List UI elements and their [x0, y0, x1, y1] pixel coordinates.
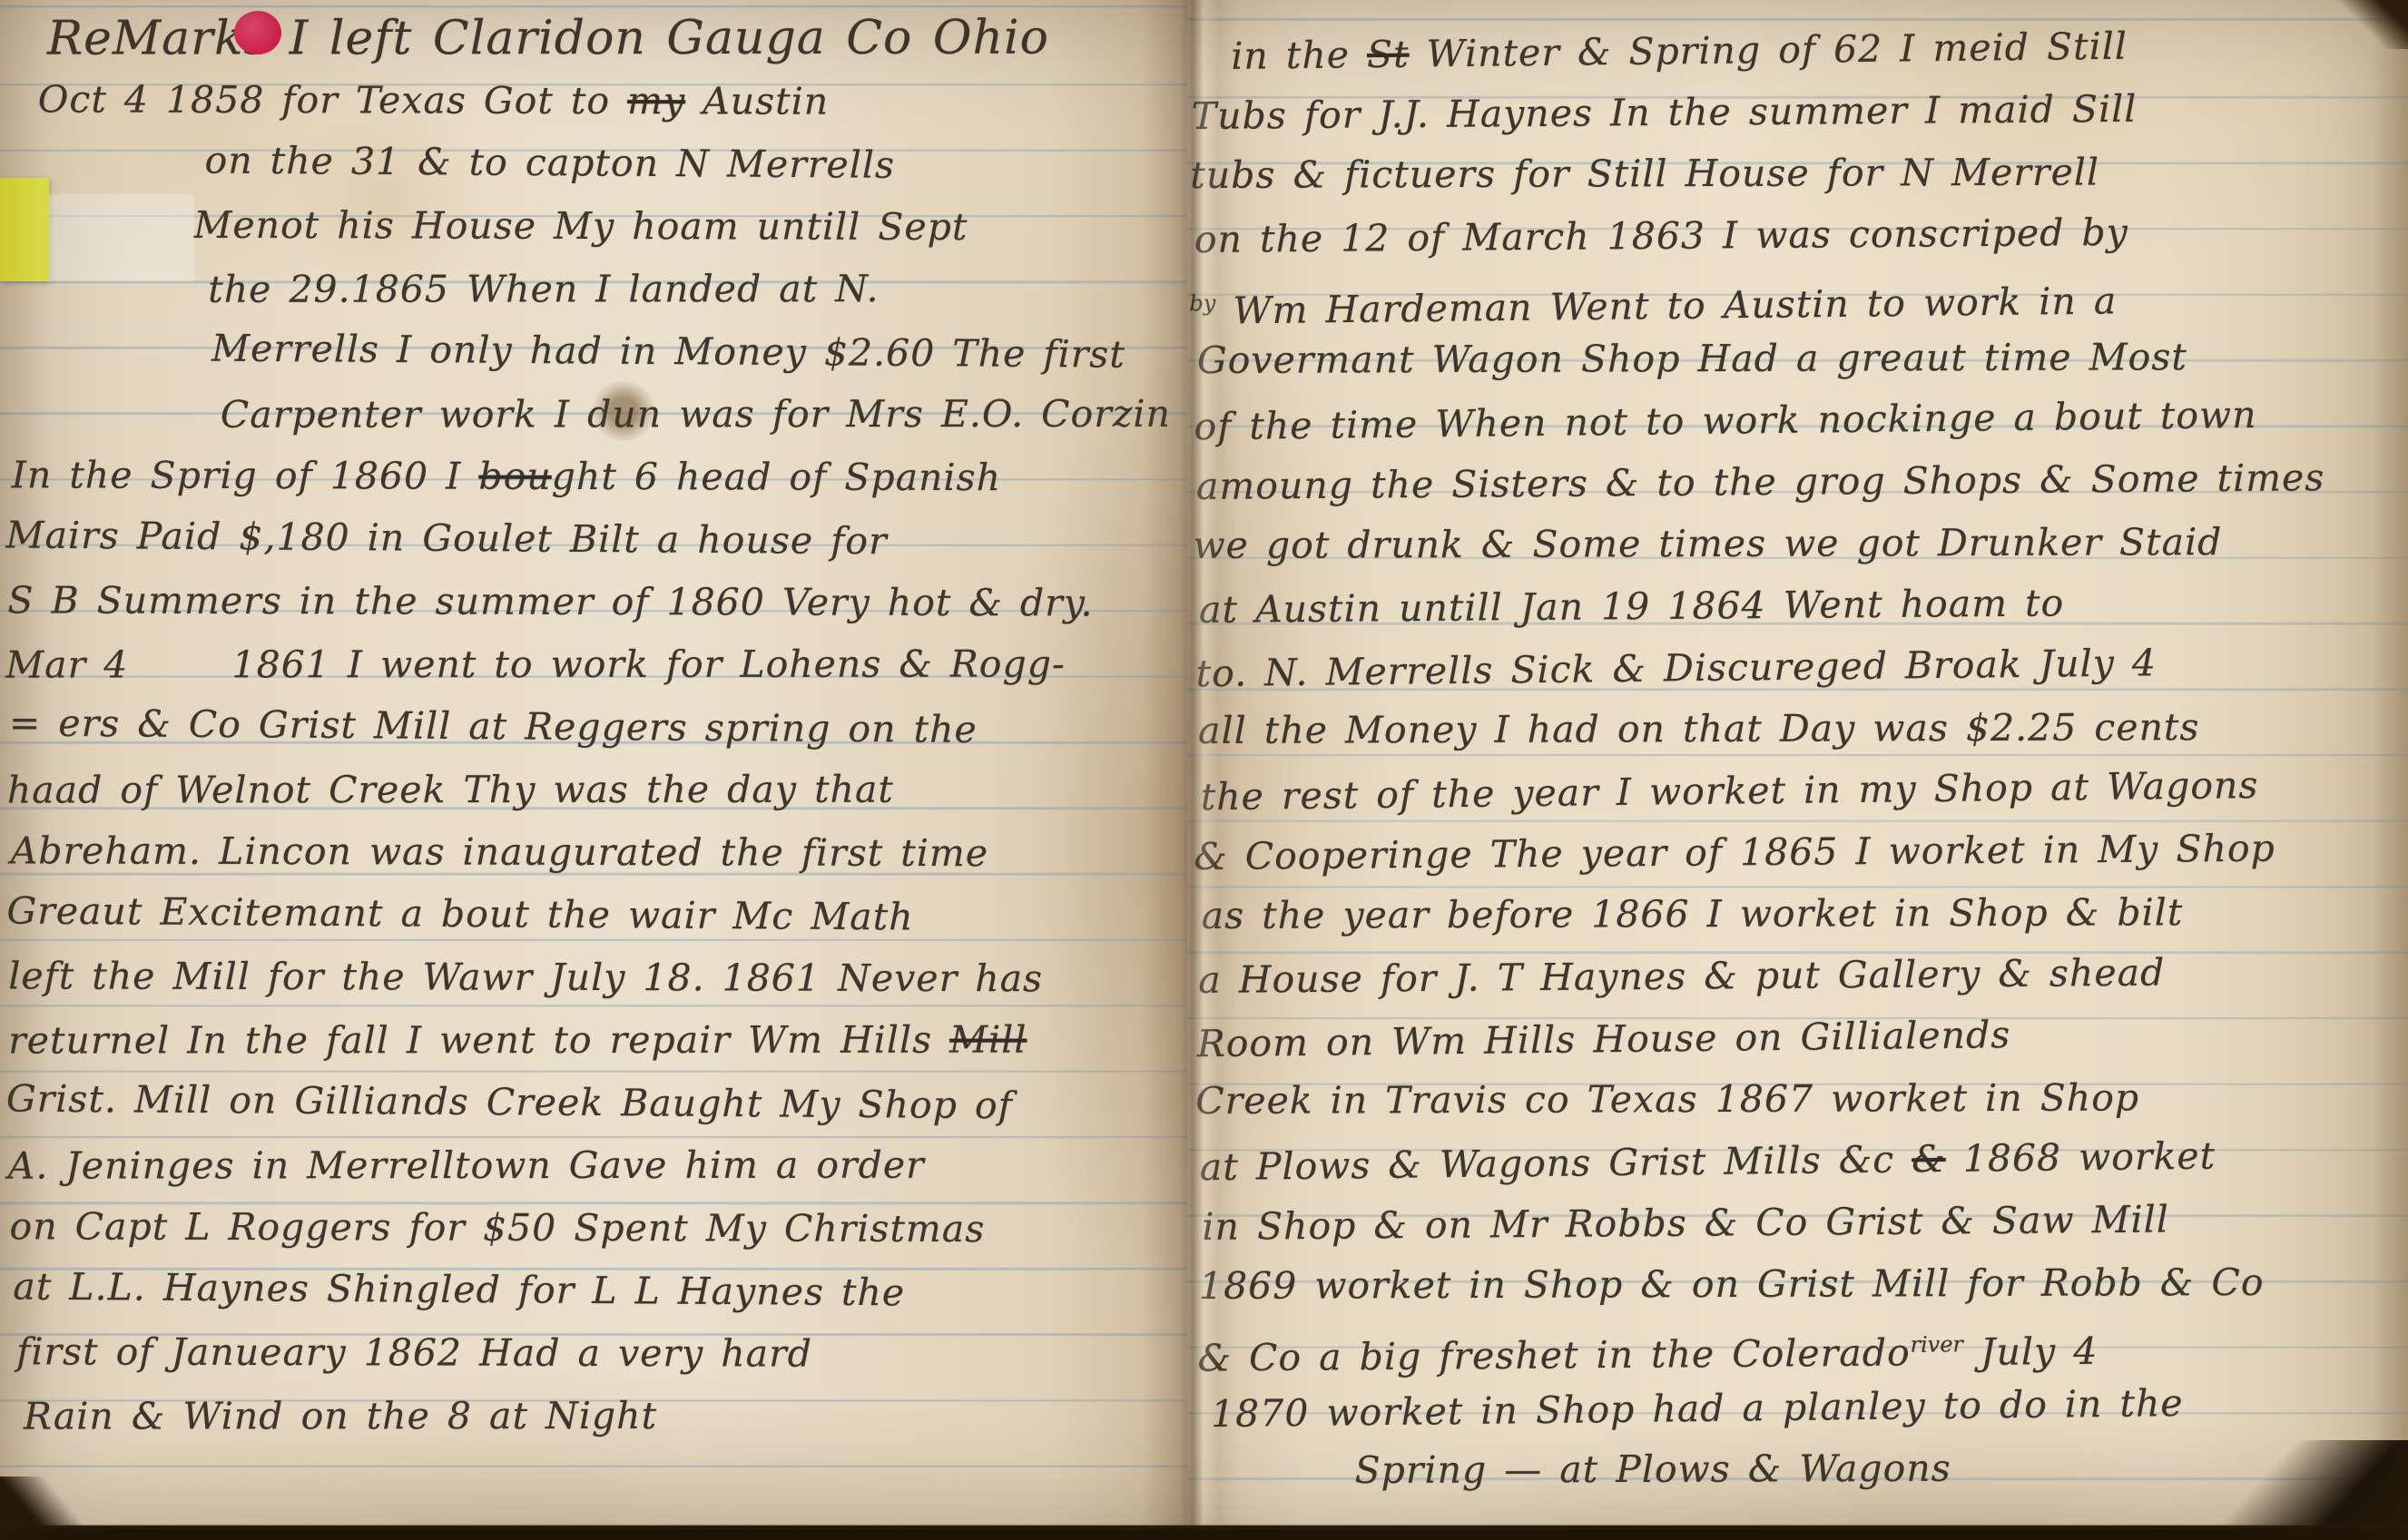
handwritten-line: S B Summers in the summer of 1860 Very h… — [7, 569, 1180, 634]
handwritten-line: in the St Winter & Spring of 62 I meid S… — [1231, 12, 2402, 87]
right-page: in the St Winter & Spring of 62 I meid S… — [1187, 0, 2408, 1525]
handwritten-line: & Co a big freshet in the Coleradoriver … — [1197, 1309, 2408, 1380]
handwritten-line: Rain & Wind on the 8 at Night — [24, 1384, 1178, 1447]
handwritten-line: Merrells I only had in Money $2.60 The f… — [211, 318, 1181, 387]
pale-patch — [49, 194, 194, 281]
handwritten-line: ReMarks I left Claridon Gauga Co Ohio — [47, 7, 1182, 71]
handwritten-line: at Plows & Wagons Grist Mills &c & 1868 … — [1200, 1123, 2408, 1198]
handwritten-line: the 29.1865 When I landed at N. — [208, 258, 1181, 321]
handwritten-line: Carpenter work I dun was for Mrs E.O. Co… — [221, 383, 1181, 446]
handwritten-line: returnel In the fall I went to repair Wm… — [8, 1008, 1179, 1072]
handwritten-line: Room on Wm Hills House on Gillialends — [1196, 999, 2408, 1074]
pink-dot-sticker — [234, 11, 281, 54]
handwritten-line: haad of Welnot Creek Thy was the day tha… — [7, 758, 1180, 821]
handwritten-line: all the Money I had on that Day was $2.2… — [1198, 695, 2406, 761]
handwritten-line: Oct 4 1858 for Texas Got to my Austin — [38, 68, 1182, 133]
handwritten-line: in Shop & on Mr Robbs & Co Grist & Saw M… — [1202, 1186, 2408, 1257]
handwritten-line: Mar 4 1861 I went to work for Lohens & R… — [5, 633, 1180, 696]
handwritten-line: by Wm Hardeman Went to Austin to work in… — [1189, 259, 2403, 334]
book-bottom-edge — [0, 1524, 2408, 1540]
handwritten-line: first of Janueary 1862 Had a very hard — [16, 1320, 1178, 1386]
handwritten-line: a House for J. T Haynes & put Gallery & … — [1198, 939, 2408, 1010]
handwritten-line: at L.L. Haynes Shingled for L L Haynes t… — [13, 1256, 1178, 1327]
handwritten-line: Greaut Excitemant a bout the wair Mc Mat… — [6, 880, 1179, 951]
handwritten-line: Abreham. Lincon was inaugurated the firs… — [11, 819, 1180, 885]
handwritten-line: to. N. Merrells Sick & Discureged Broak … — [1195, 629, 2406, 704]
handwritten-line: 1870 worket in Shop had a planley to do … — [1211, 1369, 2408, 1445]
handwritten-line: Menot his House My hoam untill Sept — [193, 194, 1181, 260]
handwritten-line: at Austin untill Jan 19 1864 Went hoam t… — [1199, 569, 2405, 640]
handwritten-line: Tubs for J.J. Haynes In the summer I mai… — [1192, 75, 2402, 146]
handwritten-line: of the time When not to work nockinge a … — [1194, 382, 2404, 457]
handwritten-line: Govermant Wagon Shop Had a greaut time M… — [1197, 325, 2403, 391]
handwritten-line: Creek in Travis co Texas 1867 worket in … — [1195, 1065, 2408, 1132]
handwritten-line: on the 12 of March 1863 I was conscriped… — [1194, 199, 2403, 270]
handwritten-line: we got drunk & Some times we got Drunker… — [1193, 510, 2404, 576]
yellow-tab-sticker — [0, 178, 49, 281]
handwritten-line: the rest of the year I worket in my Shop… — [1200, 752, 2407, 828]
handwritten-line: left the Mill for the Wawr July 18. 1861… — [8, 945, 1179, 1010]
page-corner-shadow — [2326, 0, 2408, 49]
right-page-text: in the St Winter & Spring of 62 I meid S… — [1187, 14, 2408, 1504]
handwritten-line: as the year before 1866 I worket in Shop… — [1202, 880, 2408, 947]
handwritten-line: A. Jeninges in Merrelltown Gave him a or… — [8, 1133, 1179, 1197]
handwritten-line: tubs & fictuers for Still House for N Me… — [1190, 140, 2402, 206]
handwritten-line: amoung the Sisters & to the grog Shops &… — [1196, 446, 2404, 516]
handwritten-line: Mairs Paid $,180 in Goulet Bilt a house … — [5, 504, 1180, 574]
handwritten-line: on Capt L Roggers for $50 Spent My Chris… — [9, 1195, 1178, 1260]
handwritten-line: Grist. Mill on Gilliands Creek Baught My… — [6, 1068, 1179, 1139]
diary-photo: ReMarks I left Claridon Gauga Co OhioOct… — [0, 0, 2408, 1540]
handwritten-line: = ers & Co Grist Mill at Reggers spring … — [9, 692, 1180, 763]
handwritten-line: & Cooperinge The year of 1865 I worket i… — [1194, 816, 2407, 887]
handwritten-line: In the Sprig of 1860 I bought 6 head of … — [12, 444, 1181, 509]
handwritten-line: on the 31 & to capton N Merrells — [204, 130, 1181, 200]
handwritten-line: 1869 worket in Shop & on Grist Mill for … — [1199, 1251, 2408, 1317]
